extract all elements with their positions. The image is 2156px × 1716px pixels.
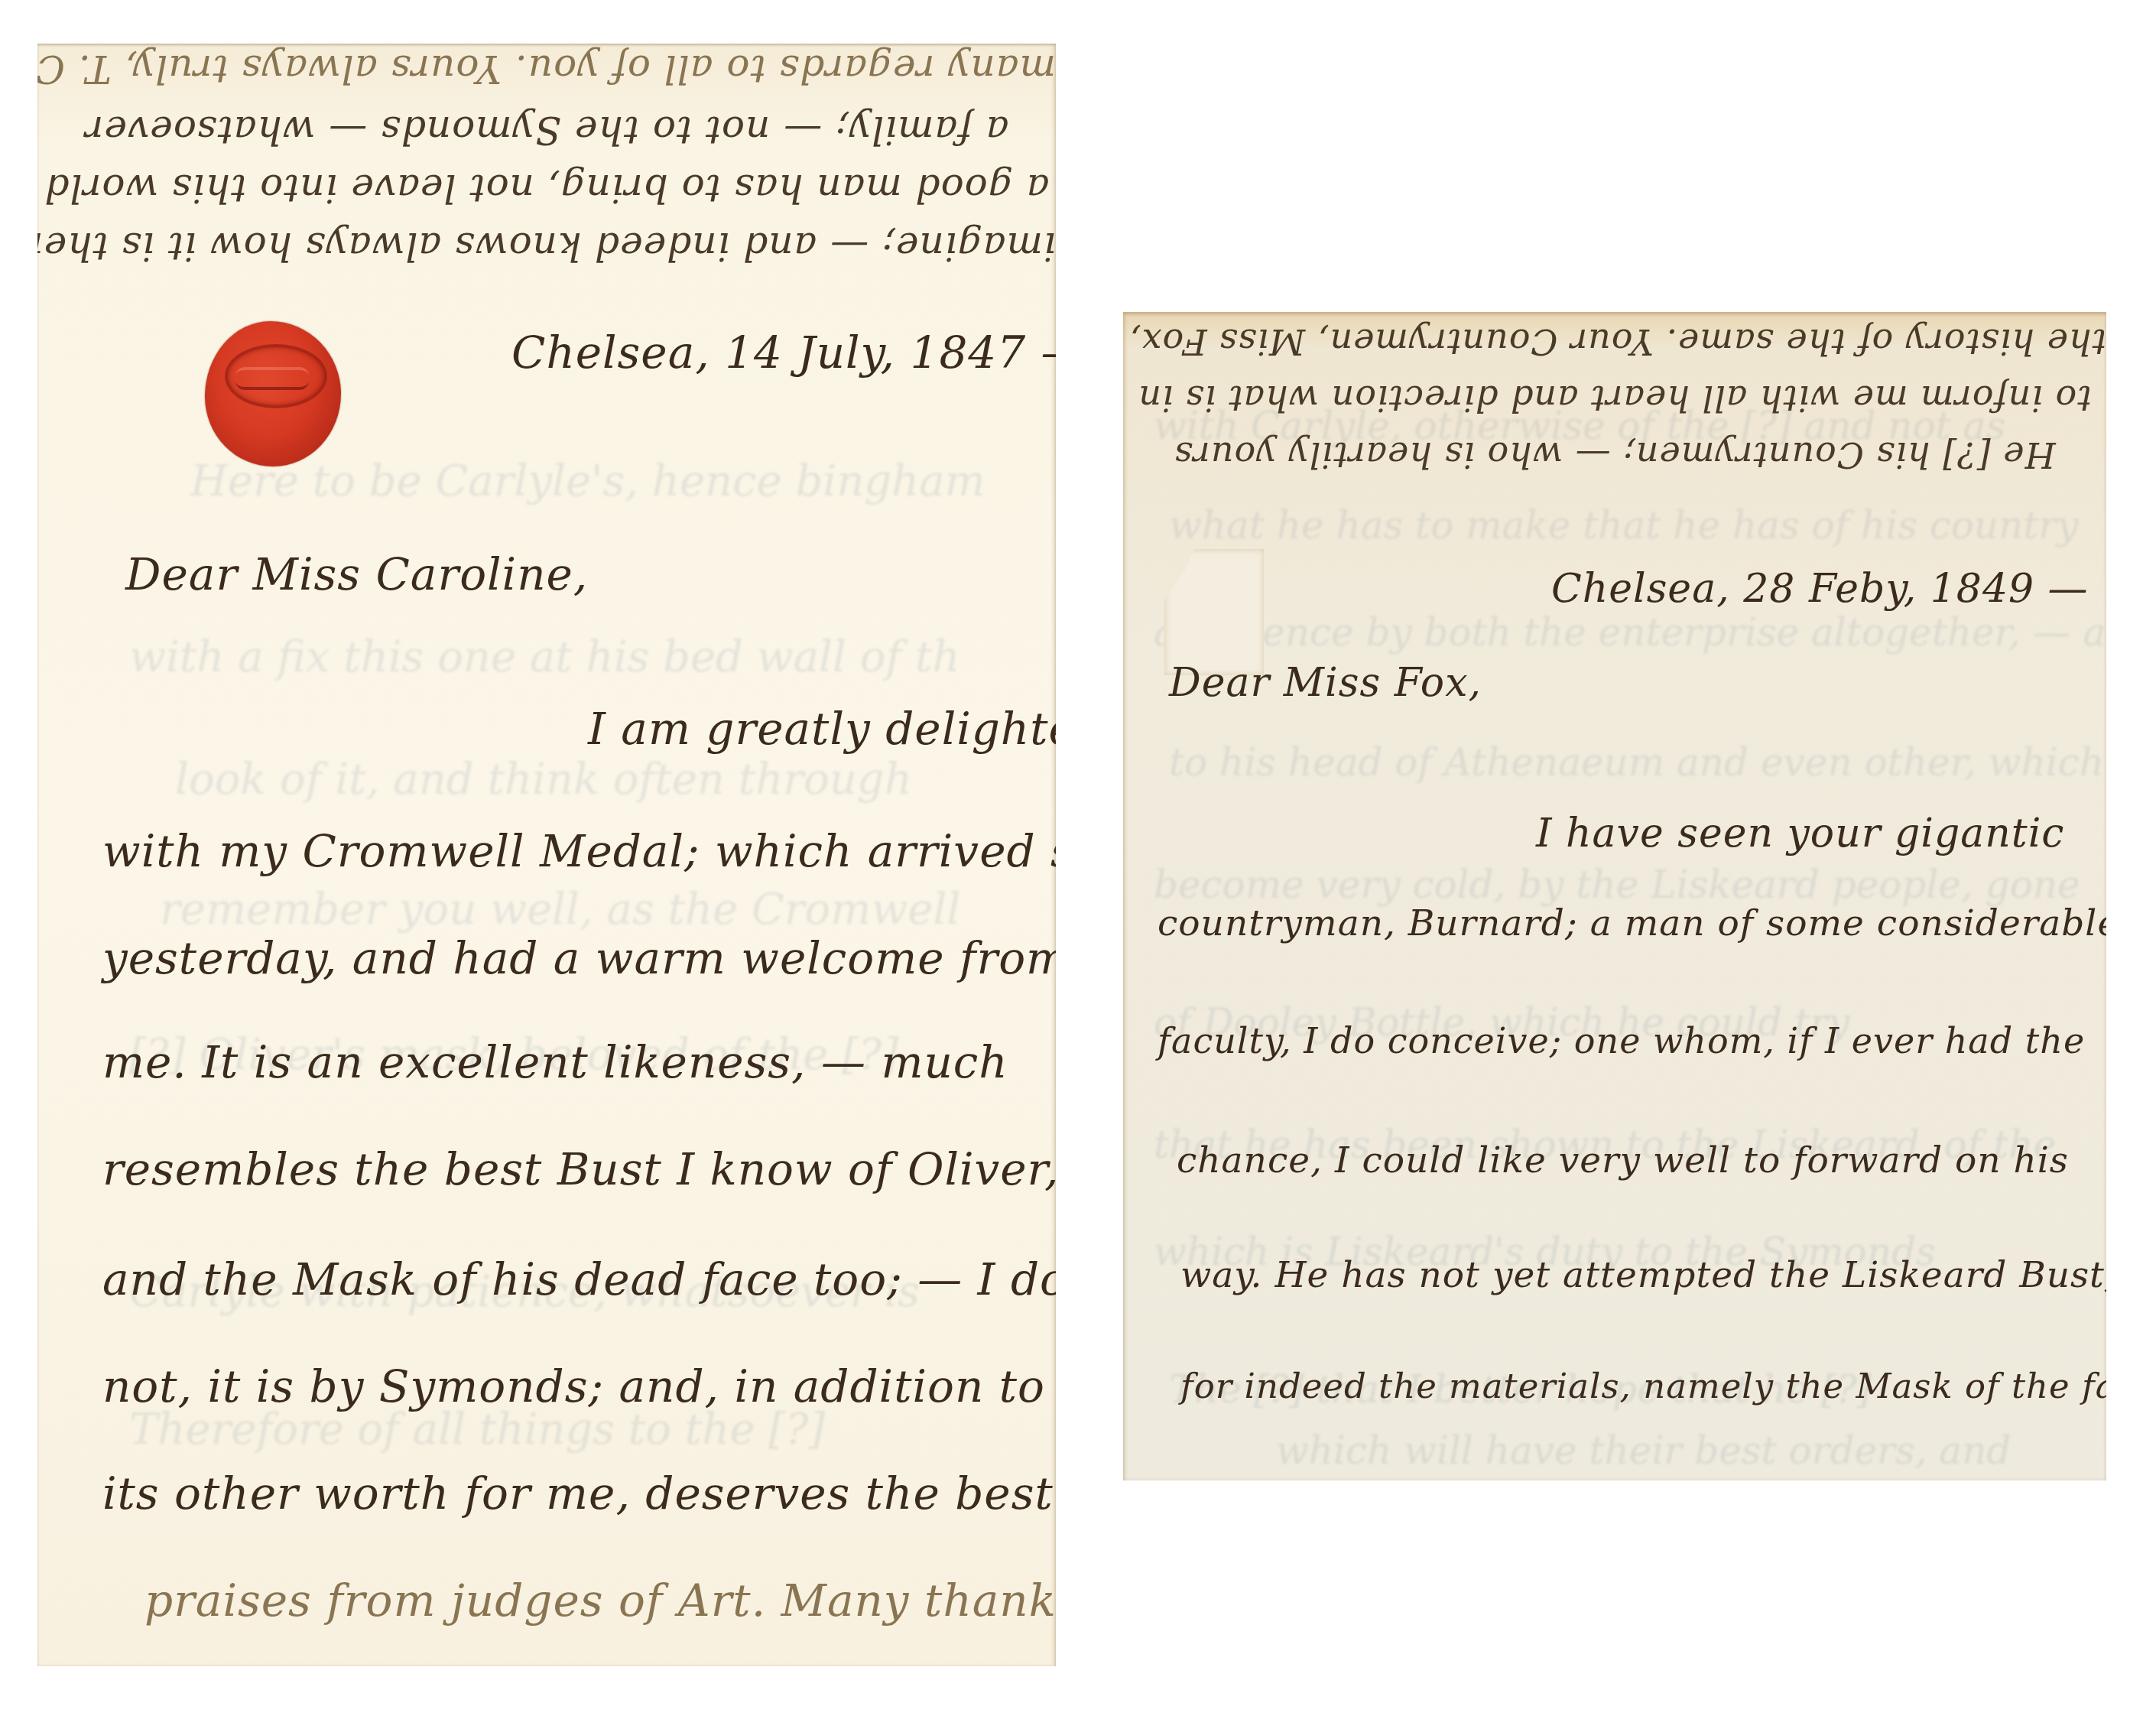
body-line: faculty, I do conceive; one whom, if I e… xyxy=(1158,1020,2085,1061)
show-through-text: which will have their best orders, and xyxy=(1123,1428,2106,1473)
dateline: Chelsea, 14 July, 1847 — xyxy=(511,327,1056,379)
dateline: Chelsea, 28 Feby, 1849 — xyxy=(1551,566,2089,612)
postscript-line-inverted: a good man has to bring, not leave into … xyxy=(37,166,1056,210)
body-line: I have seen your gigantic xyxy=(1536,811,2064,856)
body-line: with my Cromwell Medal; which arrived sa… xyxy=(102,825,1056,877)
paper-stub xyxy=(1164,549,1264,675)
show-through-text: become very cold, by the Liskeard people… xyxy=(1123,863,2106,907)
show-through-text: Here to be Carlyle's, hence bingham xyxy=(37,457,1056,506)
salutation: Dear Miss Caroline, xyxy=(125,548,588,600)
letter-page-right: with Carlyle, otherwise of the [?] and n… xyxy=(1123,312,2106,1480)
body-line: chance, I could like very well to forwar… xyxy=(1177,1139,2069,1181)
body-line: its other worth for me, deserves the bes… xyxy=(102,1467,1054,1519)
wax-seal xyxy=(205,321,341,466)
body-line: countryman, Burnard; a man of some consi… xyxy=(1158,902,2106,944)
letter-page-left: Here to be Carlyle's, hence bingham with… xyxy=(37,44,1056,1666)
postscript-line-inverted: to inform me with all heart and directio… xyxy=(1123,378,2106,419)
body-line: way. He has not yet attempted the Liskea… xyxy=(1180,1254,2106,1296)
body-line: for indeed the materials, namely the Mas… xyxy=(1180,1366,2106,1406)
seal-emblem-icon xyxy=(235,367,309,390)
show-through-text: to his head of Athenaeum and even other,… xyxy=(1123,740,2106,785)
show-through-text: remember you well, as the Cromwell xyxy=(37,885,1056,934)
show-through-text: look of it, and think often through xyxy=(37,755,1056,804)
salutation: Dear Miss Fox, xyxy=(1169,660,1482,706)
postscript-line-inverted: the history of the same. Your Countrymen… xyxy=(1123,321,2106,362)
show-through-text: with a fix this one at his bed wall of t… xyxy=(37,632,1056,682)
body-line: yesterday, and had a warm welcome from xyxy=(102,932,1056,984)
postscript-line-inverted: He [?] his Countrymen; — who is heartily… xyxy=(1123,434,2106,476)
body-line: resembles the best Bust I know of Oliver… xyxy=(102,1143,1056,1195)
postscript-line-inverted: imagine; — and indeed knows always how i… xyxy=(37,224,1056,268)
postscript-line-inverted: a family; — not to the Symonds — whatsoe… xyxy=(37,108,1056,152)
body-line: praises from judges of Art. Many thanks xyxy=(144,1575,1056,1627)
show-through-text: and hence by both the enterprise altoget… xyxy=(1123,610,2106,655)
show-through-text: what he has to make that he has of his c… xyxy=(1123,503,2106,548)
body-line: me. It is an excellent likeness, — much xyxy=(102,1036,1008,1088)
body-line: and the Mask of his dead face too; — I d… xyxy=(102,1253,1056,1305)
postscript-line-inverted: many regards to all of you. Yours always… xyxy=(37,47,1056,91)
body-line: not, it is by Symonds; and, in addition … xyxy=(102,1360,1045,1412)
body-line: I am greatly delighted xyxy=(588,703,1056,755)
